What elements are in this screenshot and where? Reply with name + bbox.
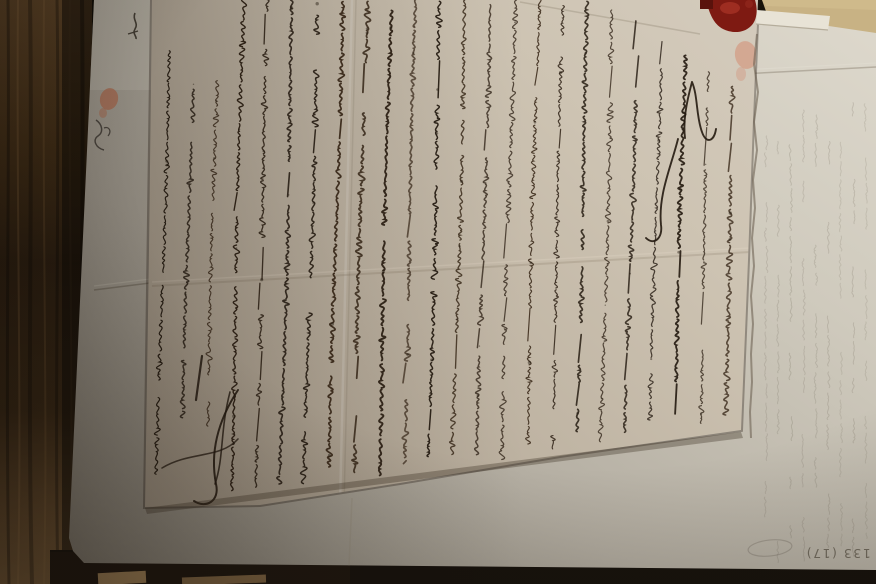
photo-vignette	[0, 0, 876, 584]
photograph-of-manuscript-letter: 133 (17)	[0, 0, 876, 584]
manuscript-photo-canvas: 133 (17)	[0, 0, 876, 584]
